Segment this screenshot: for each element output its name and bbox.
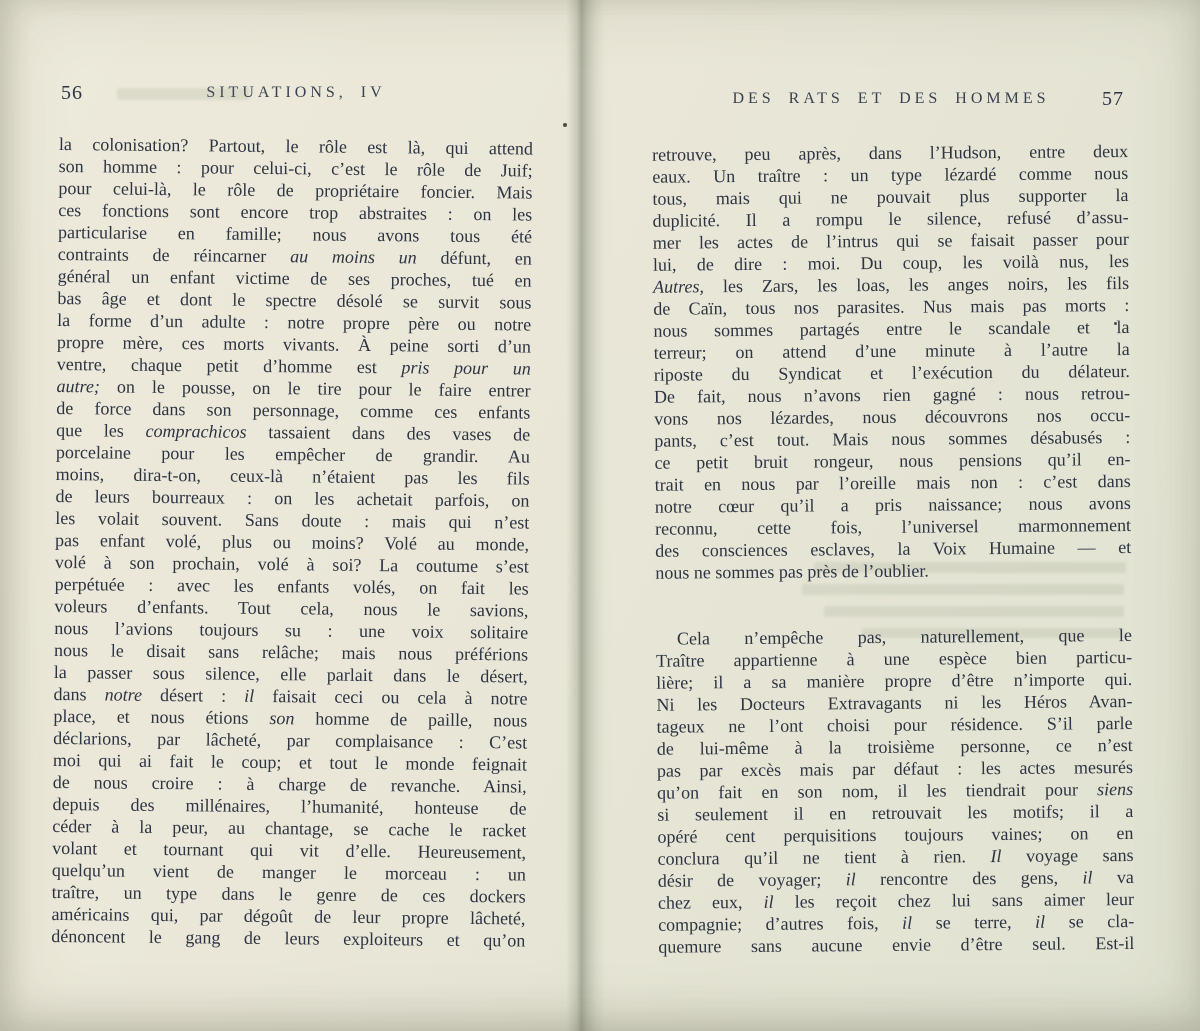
text-segment: les Zars, les loas, les anges noirs, les… [704, 273, 1129, 296]
text-segment: des consciences esclaves, la Voix Humain… [655, 537, 1131, 561]
text-segment: désir de voyager; [658, 869, 846, 890]
running-title-right: DES RATS ET DES HOMMES [652, 90, 1130, 108]
text-segment: les reçoit chez lui sans aimer leur [774, 889, 1135, 912]
text-segment: autre; [56, 376, 100, 396]
text-segment: de lui-même à la troisième personne, ce … [657, 735, 1133, 759]
text-segment: nous sommes partagés entre le scandale e… [653, 317, 1129, 341]
text-segment: notre [105, 684, 143, 704]
text-segment: trait en nous par l’oreille mais non : c… [655, 471, 1131, 495]
page-right: DES RATS ET DES HOMMES 57 retrouve, peu … [652, 0, 1130, 1031]
text-segment: si seulement il en retrouvait les motifs… [657, 801, 1133, 825]
text-segment: tassaient dans des vases de [246, 422, 530, 445]
text-segment: lui, de dire : moi. Du coup, les voilà n… [653, 251, 1129, 275]
text-segment: De fait, nous n’avons rien gagné : nous … [654, 383, 1130, 407]
text-segment: ce petit bruit rongeur, nous pensions qu… [654, 449, 1130, 473]
text-segment: siens [1097, 779, 1133, 799]
text-segment: lière; il a sa manière propre d’être n’i… [656, 669, 1132, 693]
text-segment: Cela n’empêche pas, naturellement, que l… [677, 625, 1132, 649]
text-segment: il [244, 686, 254, 706]
text-segment: eaux. Un traître : un type lézardé comme… [652, 163, 1128, 187]
text-segment: Ni les Docteurs Extravagants ni les Héro… [656, 691, 1132, 715]
text-segment: il [846, 869, 856, 889]
text-segment: retrouve, peu après, dans l’Hudson, entr… [652, 141, 1128, 165]
paper-speck [563, 123, 567, 127]
text-segment: son [269, 708, 294, 728]
text-line: des consciences esclaves, la Voix Humain… [655, 536, 1131, 562]
text-segment: dénoncent le gang de leurs exploiteurs e… [51, 926, 525, 951]
text-segment: rencontre des gens, [856, 867, 1083, 889]
book-gutter-shadow [566, 0, 614, 1031]
text-segment: pants, c’est tout. Mais nous sommes désa… [654, 427, 1130, 451]
text-segment: il [1035, 912, 1045, 932]
paragraph: la colonisation? Partout, le rôle est là… [51, 133, 533, 952]
text-segment: va [1092, 867, 1133, 887]
open-book-photo: 56 SITUATIONS, IV la colonisation? Parto… [0, 0, 1200, 1031]
text-segment: défunt, en [417, 247, 532, 268]
text-segment: conclura qu’il ne tient à rien. [658, 846, 991, 869]
running-header-right: DES RATS ET DES HOMMES 57 [652, 90, 1130, 108]
running-header-left: 56 SITUATIONS, IV [59, 84, 533, 102]
text-segment: ventre, chaque petit d’homme est [57, 354, 402, 377]
text-segment: il [902, 913, 912, 933]
text-segment: vons nos lézardes, nous découvrons nos o… [654, 405, 1130, 429]
text-segment: que les [56, 420, 146, 441]
running-title-left: SITUATIONS, IV [59, 84, 533, 102]
text-segment: contraints de réincarner [58, 244, 290, 266]
text-segment: Autres, [653, 276, 704, 296]
text-segment: place, et nous étions [53, 706, 269, 728]
text-segment: tageux ne l’ont choisi pour résidence. S… [657, 713, 1133, 737]
text-segment: pas par excès mais par défaut : les acte… [657, 757, 1133, 781]
text-segment: au moins un [290, 246, 417, 267]
text-segment: on le pousse, on le tire pour le faire e… [100, 376, 531, 400]
text-segment: opéré cent perquisitions toujours vaines… [657, 823, 1133, 847]
text-segment: se terre, [912, 912, 1035, 933]
text-segment: faisait ceci ou cela à notre [254, 686, 528, 709]
page-number-right: 57 [1102, 88, 1124, 111]
text-segment: mer les actes de l’intrus qui se faisait… [653, 229, 1129, 253]
text-segment: comprachicos [145, 421, 246, 442]
page-left: 56 SITUATIONS, IV la colonisation? Parto… [59, 0, 533, 1031]
text-line: nous ne sommes pas près de l’oublier. [655, 558, 1131, 584]
page-body-left: la colonisation? Partout, le rôle est là… [51, 133, 533, 952]
text-segment: se cla- [1045, 911, 1134, 932]
text-line: quemure sans aucune envie d’être seul. E… [658, 932, 1134, 958]
text-segment: homme de paille, nous [294, 708, 527, 730]
paragraph: retrouve, peu après, dans l’Hudson, entr… [652, 140, 1131, 584]
text-segment: nous ne sommes pas près de l’oublier. [655, 561, 929, 583]
text-segment: tous, mais qui ne pouvait plus supporter… [652, 185, 1128, 209]
text-segment: quemure sans aucune envie d’être seul. E… [658, 933, 1134, 957]
text-segment: riposte du Syndicat et l’exécution du dé… [654, 361, 1130, 385]
page-number-left: 56 [61, 82, 83, 105]
text-segment: qu’on fait en son nom, il les tiendrait … [657, 779, 1097, 802]
text-segment: désert : [142, 685, 244, 706]
text-segment: terreur; on attend d’une minute à l’autr… [654, 339, 1130, 363]
text-segment: dans [54, 684, 105, 704]
text-segment: Traître appartienne à une espèce bien pa… [656, 647, 1132, 671]
text-segment: notre cœur qu’il a pris naissance; nous … [655, 493, 1131, 517]
text-segment: voyage sans [1001, 845, 1133, 866]
paper-speck [1114, 322, 1117, 325]
text-segment: reconnu, cette fois, l’universel marmonn… [655, 515, 1131, 539]
text-line: dénoncent le gang de leurs exploiteurs e… [51, 925, 525, 952]
paragraph: Cela n’empêche pas, naturellement, que l… [656, 624, 1135, 958]
text-segment: pris pour un [401, 357, 531, 378]
text-segment: duplicité. Il a rompu le silence, refusé… [653, 207, 1129, 231]
text-segment: chez eux, [658, 892, 764, 913]
text-segment: compagnie; d’autres fois, [658, 913, 902, 935]
text-segment: il [1082, 867, 1092, 887]
text-segment: de Caïn, tous nos parasites. Nus mais pa… [653, 295, 1129, 319]
text-segment: Il [990, 846, 1001, 866]
page-body-right: retrouve, peu après, dans l’Hudson, entr… [652, 140, 1134, 958]
text-segment: il [763, 892, 773, 912]
